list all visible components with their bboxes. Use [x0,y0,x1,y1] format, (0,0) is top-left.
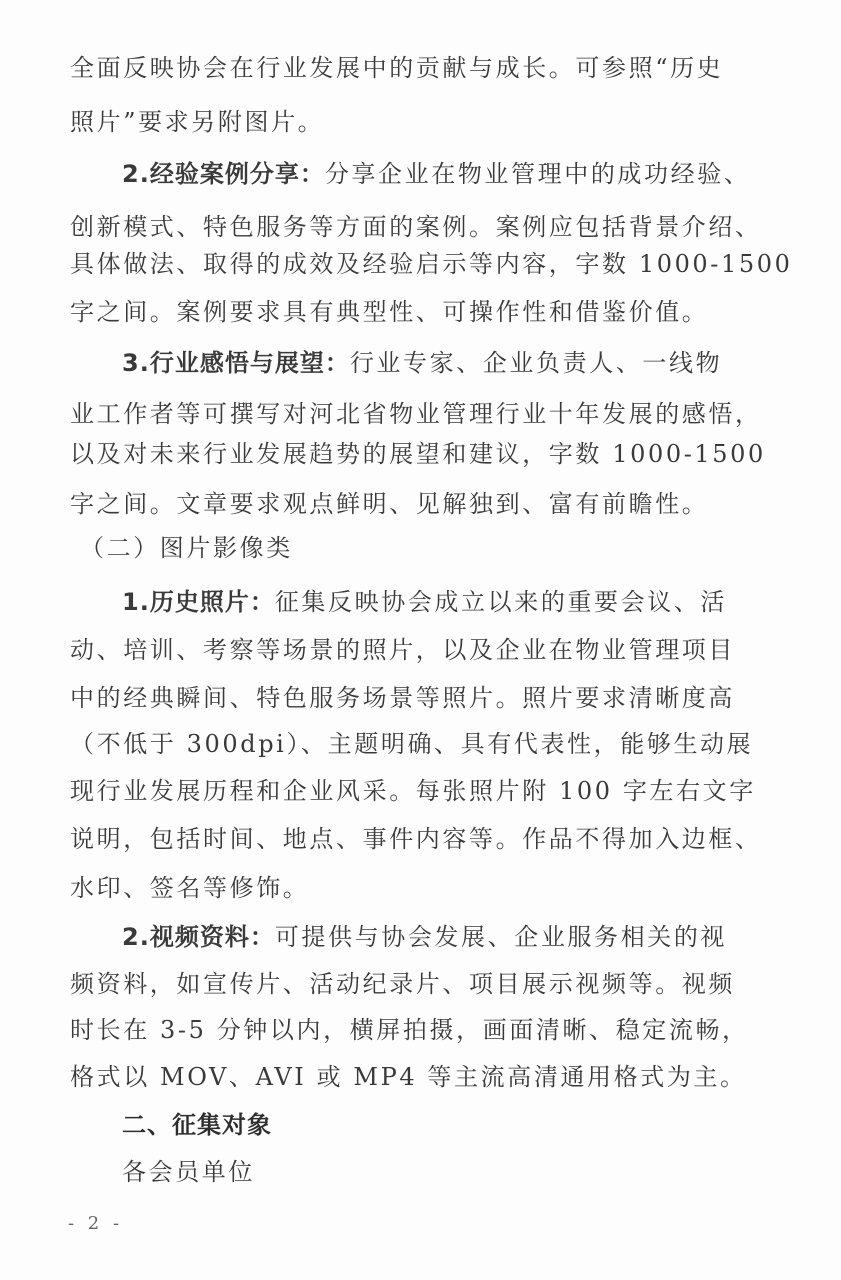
paragraph-line: 动、培训、考察等场景的照片，以及企业在物业管理项目 [70,634,780,666]
item-text: 征集反映协会成立以来的重要会议、活 [275,588,727,616]
section-item-history-photos: 1.历史照片：征集反映协会成立以来的重要会议、活 [122,586,832,618]
page-number: - 2 - [68,1213,123,1234]
paragraph-line: 格式以 MOV、AVI 或 MP4 等主流高清通用格式为主。 [70,1061,780,1093]
paragraph-line: 字之间。案例要求具有典型性、可操作性和借鉴价值。 [70,296,780,328]
paragraph-line: 说明，包括时间、地点、事件内容等。作品不得加入边框、 [70,823,780,855]
paragraph-line: 业工作者等可撰写对河北省物业管理行业十年发展的感悟， [70,398,780,430]
paragraph-line: 全面反映协会在行业发展中的贡献与成长。可参照“历史 [70,52,780,84]
item-label: 3.行业感悟与展望： [122,349,350,377]
item-label: 1.历史照片： [122,588,275,616]
paragraph-line: 各会员单位 [122,1156,832,1188]
document-page: 全面反映协会在行业发展中的贡献与成长。可参照“历史 照片”要求另附图片。 2.经… [0,0,841,1280]
paragraph-line: 时长在 3-5 分钟以内，横屏拍摄，画面清晰、稳定流畅， [70,1014,780,1046]
paragraph-line: 水印、签名等修饰。 [70,872,780,904]
paragraph-line: 现行业发展历程和企业风采。每张照片附 100 字左右文字 [70,775,780,807]
section-heading-collection-target: 二、征集对象 [122,1109,832,1141]
section-item-video: 2.视频资料：可提供与协会发展、企业服务相关的视 [122,921,832,953]
paragraph-line: 以及对未来行业发展趋势的展望和建议，字数 1000-1500 [70,438,780,470]
paragraph-line: 频资料，如宣传片、活动纪录片、项目展示视频等。视频 [70,968,780,1000]
subsection-heading: （二）图片影像类 [80,532,790,564]
paragraph-line: （不低于 300dpi）、主题明确、具有代表性，能够生动展 [70,728,780,760]
section-item-case-sharing: 2.经验案例分享：分享企业在物业管理中的成功经验、 [122,158,832,190]
paragraph-line: 创新模式、特色服务等方面的案例。案例应包括背景介绍、 [70,211,780,243]
item-label: 2.视频资料： [122,923,275,951]
paragraph-line: 字之间。文章要求观点鲜明、见解独到、富有前瞻性。 [70,488,780,520]
item-text: 分享企业在物业管理中的成功经验、 [325,160,751,188]
item-text: 可提供与协会发展、企业服务相关的视 [275,923,727,951]
section-item-industry-outlook: 3.行业感悟与展望：行业专家、企业负责人、一线物 [122,347,832,379]
paragraph-line: 照片”要求另附图片。 [70,106,780,138]
item-text: 行业专家、企业负责人、一线物 [350,349,722,377]
paragraph-line: 具体做法、取得的成效及经验启示等内容，字数 1000-1500 [70,248,780,280]
paragraph-line: 中的经典瞬间、特色服务场景等照片。照片要求清晰度高 [70,682,780,714]
item-label: 2.经验案例分享： [122,160,325,188]
